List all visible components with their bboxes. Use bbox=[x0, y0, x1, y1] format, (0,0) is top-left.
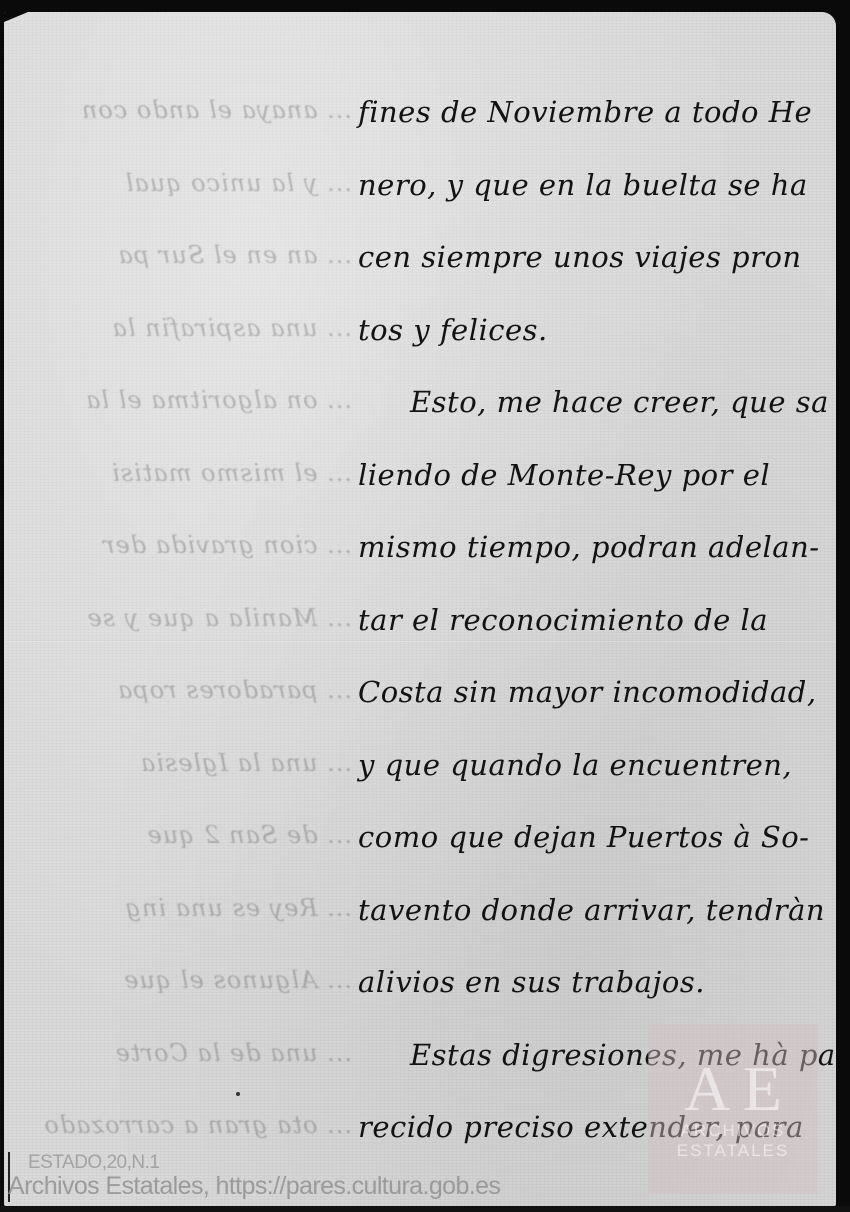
page-corner bbox=[4, 12, 28, 22]
bleed-line: ... Manila a que y se bbox=[22, 598, 352, 671]
manuscript-line: cen siempre unos viajes pron bbox=[358, 237, 828, 310]
bleed-line: ... Algunos el que bbox=[22, 960, 352, 1033]
manuscript-line: como que dejan Puertos à So- bbox=[358, 817, 828, 890]
bleed-line: ... Rey es una ing bbox=[22, 888, 352, 961]
manuscript-line-paragraph-start: Esto, me hace creer, que sa bbox=[358, 382, 828, 455]
manuscript-line: tavento donde arrivar, tendràn bbox=[358, 890, 828, 963]
bleed-through-text: ... anaya el ando con ... y la unico qua… bbox=[22, 90, 352, 1178]
bleed-line: ... anaya el ando con bbox=[22, 90, 352, 163]
manuscript-line: tos y felices. bbox=[358, 310, 828, 383]
scanned-document: ... anaya el ando con ... y la unico qua… bbox=[0, 0, 850, 1212]
manuscript-line: y que quando la encuentren, bbox=[358, 745, 828, 818]
archive-logo-name-line1: ARCHIVOS bbox=[681, 1121, 786, 1141]
handwritten-text-column: fines de Noviembre a todo He nero, y que… bbox=[358, 92, 828, 1180]
archive-logo-icon: A E bbox=[684, 1057, 782, 1121]
manuscript-page: ... anaya el ando con ... y la unico qua… bbox=[4, 12, 836, 1206]
bleed-line: ... on algoritma el la bbox=[22, 380, 352, 453]
manuscript-line: fines de Noviembre a todo He bbox=[358, 92, 828, 165]
bleed-line: ... y la unico qual bbox=[22, 163, 352, 236]
archive-credit-watermark: Archivos Estatales, https://pares.cultur… bbox=[8, 1172, 500, 1201]
archive-logo-watermark: A E ARCHIVOS ESTATALES bbox=[648, 1024, 818, 1194]
manuscript-line: Costa sin mayor incomodidad, bbox=[358, 672, 828, 745]
manuscript-line: tar el reconocimiento de la bbox=[358, 600, 828, 673]
bleed-line: ... de San 2 que bbox=[22, 815, 352, 888]
manuscript-line: mismo tiempo, podran adelan- bbox=[358, 527, 828, 600]
manuscript-line: liendo de Monte-Rey por el bbox=[358, 455, 828, 528]
bleed-line: ... an en el Sur pa bbox=[22, 235, 352, 308]
bleed-line: ... una la Iglesia bbox=[22, 743, 352, 816]
archive-logo-name-line2: ESTATALES bbox=[677, 1141, 789, 1161]
document-reference-watermark: ESTADO,20,N.1 bbox=[28, 1152, 159, 1174]
bleed-line: ... una de la Corte bbox=[22, 1033, 352, 1106]
bleed-line: ... una aspirafin la bbox=[22, 308, 352, 381]
bleed-line: ... paradores ropa bbox=[22, 670, 352, 743]
ink-speck bbox=[236, 1092, 240, 1096]
scan-bottom-border bbox=[0, 1206, 850, 1212]
manuscript-line: nero, y que en la buelta se ha bbox=[358, 165, 828, 238]
bleed-line: ... cion gravida der bbox=[22, 525, 352, 598]
bleed-line: ... el mismo matisi bbox=[22, 453, 352, 526]
